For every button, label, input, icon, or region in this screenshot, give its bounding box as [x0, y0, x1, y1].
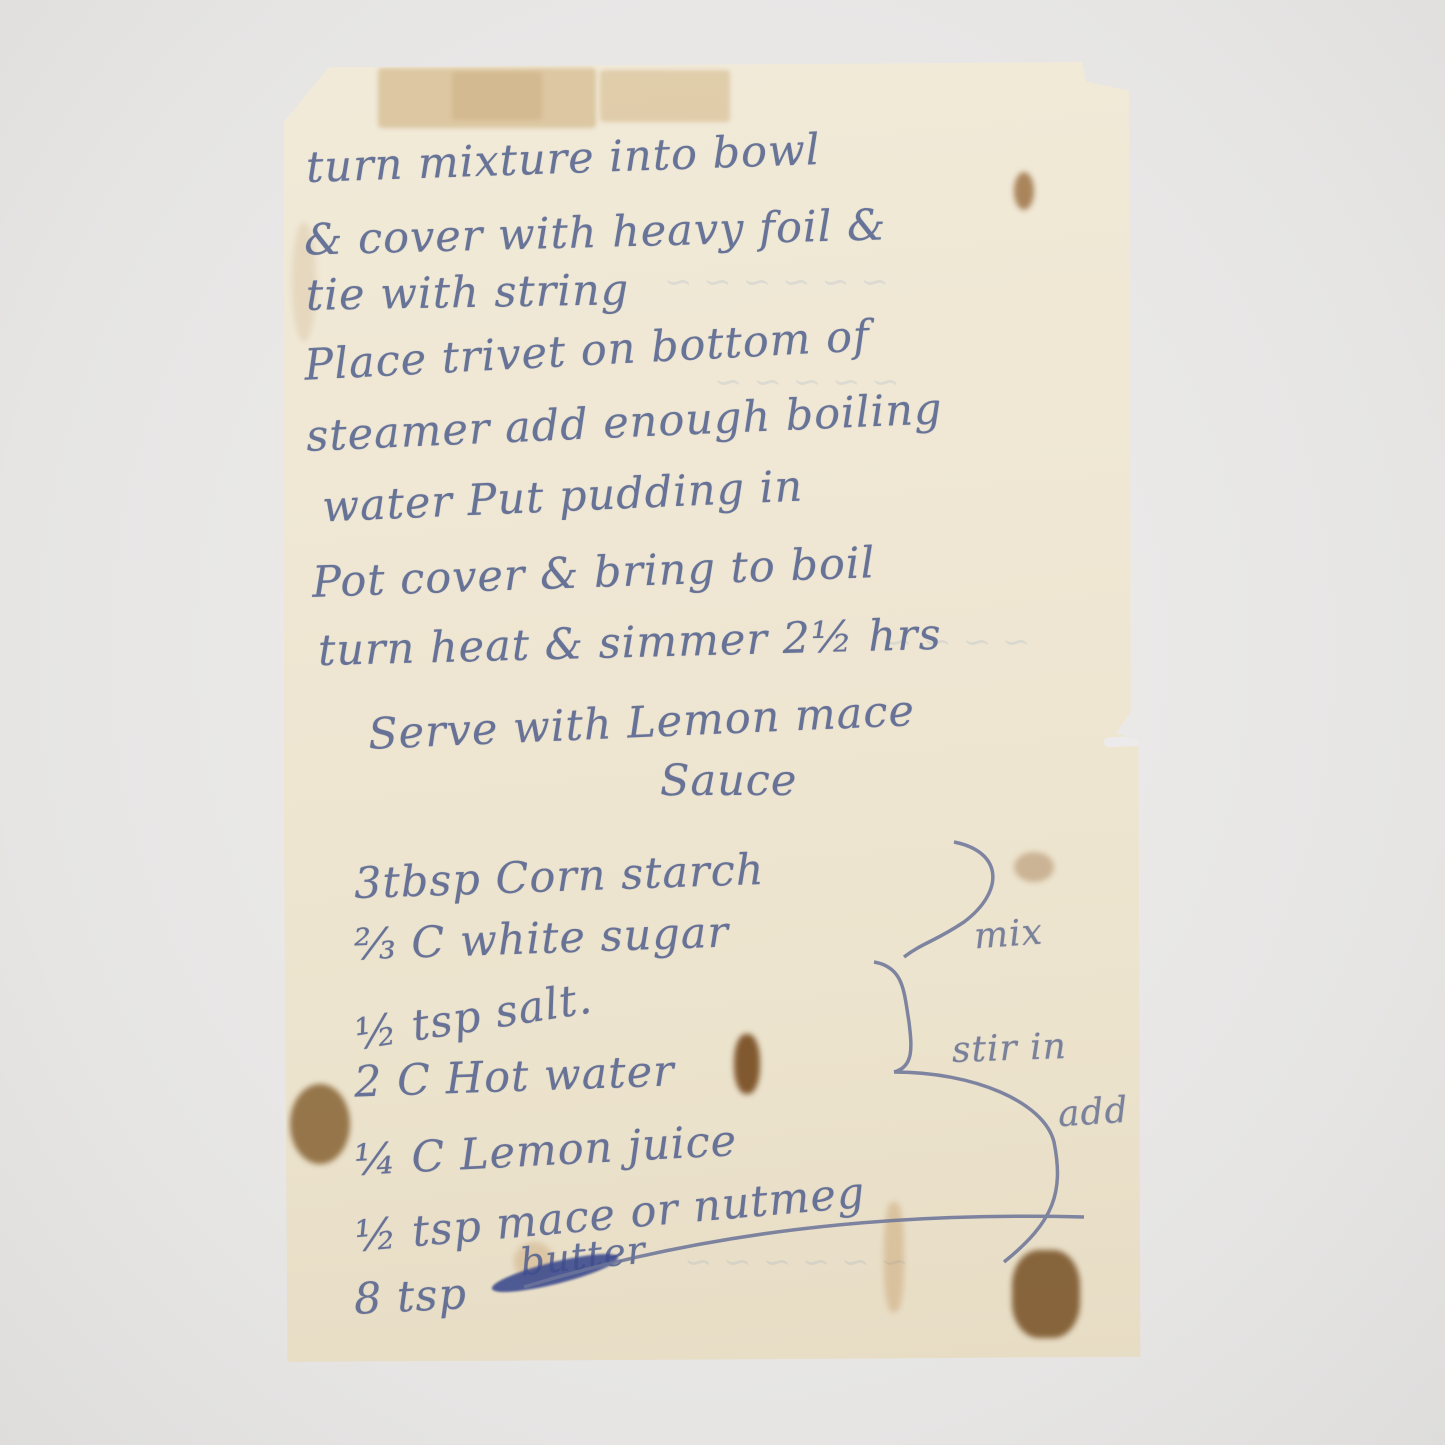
bracket-marks [284, 62, 1142, 1362]
recipe-card: ~ ~ ~ ~ ~ ~ ~ ~ ~ ~ ~ ~ ~ ~ ~ ~ ~ ~ ~ ~ … [284, 62, 1142, 1362]
